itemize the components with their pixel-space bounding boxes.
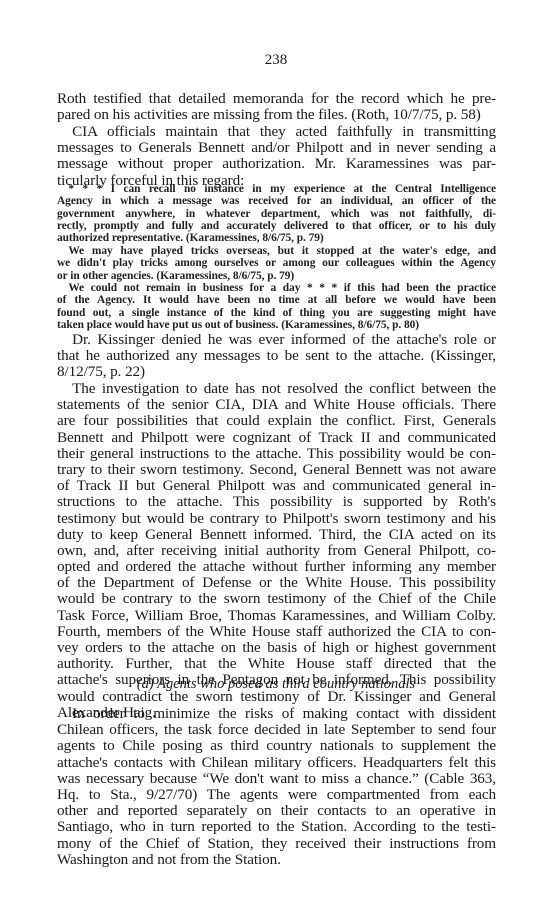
text-line: CIA officials maintain that they acted f… — [57, 124, 496, 140]
text-line: attache's contacts with Chilean military… — [57, 755, 496, 771]
text-line: testimony but would be contrary to Philp… — [57, 511, 496, 527]
paragraph-third-country-agents: In order to minimize the risks of making… — [57, 706, 496, 868]
text-line: Agency in which a message was received f… — [57, 195, 496, 207]
text-line: other and reported separately on their c… — [57, 803, 496, 819]
quote-karamessines-2: We may have played tricks overseas, but … — [57, 245, 496, 282]
text-line: vey orders to the attache on the basis o… — [57, 640, 496, 656]
text-line: Fourth, members of the White House staff… — [57, 624, 496, 640]
text-line: own, and, after receiving initial author… — [57, 543, 496, 559]
paragraph-cia-officials: CIA officials maintain that they acted f… — [57, 124, 496, 189]
text-line: message without proper authorization. Mr… — [57, 156, 496, 172]
text-line: structions to the attache. This possibil… — [57, 494, 496, 510]
text-line: We could not remain in business for a da… — [57, 282, 496, 294]
text-line: are four possibilities that could explai… — [57, 413, 496, 429]
text-line: that he authorized any messages to be se… — [57, 348, 496, 364]
text-line: In order to minimize the risks of making… — [57, 706, 496, 722]
text-line: of the Agency. It would have been no tim… — [57, 294, 496, 306]
quote-karamessines-3: We could not remain in business for a da… — [57, 282, 496, 331]
text-line: Chilean officers, the task force decided… — [57, 722, 496, 738]
text-line: Santiago, who in turn reported to the St… — [57, 819, 496, 835]
text-line: of the Department of Defense or the Whit… — [57, 575, 496, 591]
text-line: trary to their sworn testimony. Second, … — [57, 462, 496, 478]
text-line: found out, a single instance of the kind… — [57, 307, 496, 319]
text-line: Hq. to Sta., 9/27/70) The agents were co… — [57, 787, 496, 803]
paragraph-kissinger-denial: Dr. Kissinger denied he was ever informe… — [57, 332, 496, 381]
text-line: their general instructions to the attach… — [57, 446, 496, 462]
text-line: agents to Chile posing as third country … — [57, 738, 496, 754]
text-line: 8/12/75, p. 22) — [57, 364, 496, 380]
text-line: of Track II but General Philpott was and… — [57, 478, 496, 494]
text-line: duty to keep General Bennett informed. T… — [57, 527, 496, 543]
text-line: We may have played tricks overseas, but … — [57, 245, 496, 257]
quote-karamessines-1: * * * I can recall no instance in my exp… — [57, 183, 496, 244]
text-line: authority. Further, that the White House… — [57, 656, 496, 672]
text-line: opted and ordered the attache without fu… — [57, 559, 496, 575]
paragraph-investigation-possibilities: The investigation to date has not resolv… — [57, 381, 496, 721]
text-line: Washington and not from the Station. — [57, 852, 496, 868]
page-number: 238 — [0, 52, 552, 69]
text-line: we didn't play tricks among ourselves or… — [57, 257, 496, 269]
text-line: Bennett and Philpott were cognizant of T… — [57, 430, 496, 446]
text-line: Roth testified that detailed memoranda f… — [57, 91, 496, 107]
paragraph-roth-testimony: Roth testified that detailed memoranda f… — [57, 91, 496, 123]
text-line: Task Force, William Broe, Thomas Karames… — [57, 608, 496, 624]
text-line: mony of the Chief of Station, they recei… — [57, 836, 496, 852]
text-line: taken place would have put us out of bus… — [57, 319, 496, 331]
text-line: * * * I can recall no instance in my exp… — [57, 183, 496, 195]
text-line: statements of the senior CIA, DIA and Wh… — [57, 397, 496, 413]
text-line: messages to Generals Bennett and/or Phil… — [57, 140, 496, 156]
text-line: Dr. Kissinger denied he was ever informe… — [57, 332, 496, 348]
text-line: was necessary because “We don't want to … — [57, 771, 496, 787]
text-line: pared on his activities are missing from… — [57, 107, 496, 123]
text-line: authorized representative. (Karamessines… — [57, 232, 496, 244]
text-line: rectly, promptly and fully and accuratel… — [57, 220, 496, 232]
text-line: or in other agencies. (Karamessines, 8/6… — [57, 270, 496, 282]
text-line: would be contrary to the sworn testimony… — [57, 591, 496, 607]
text-line: government anywhere, in whatever departm… — [57, 208, 496, 220]
section-heading: (d) Agents who posed as third country na… — [0, 676, 552, 693]
text-line: The investigation to date has not resolv… — [57, 381, 496, 397]
